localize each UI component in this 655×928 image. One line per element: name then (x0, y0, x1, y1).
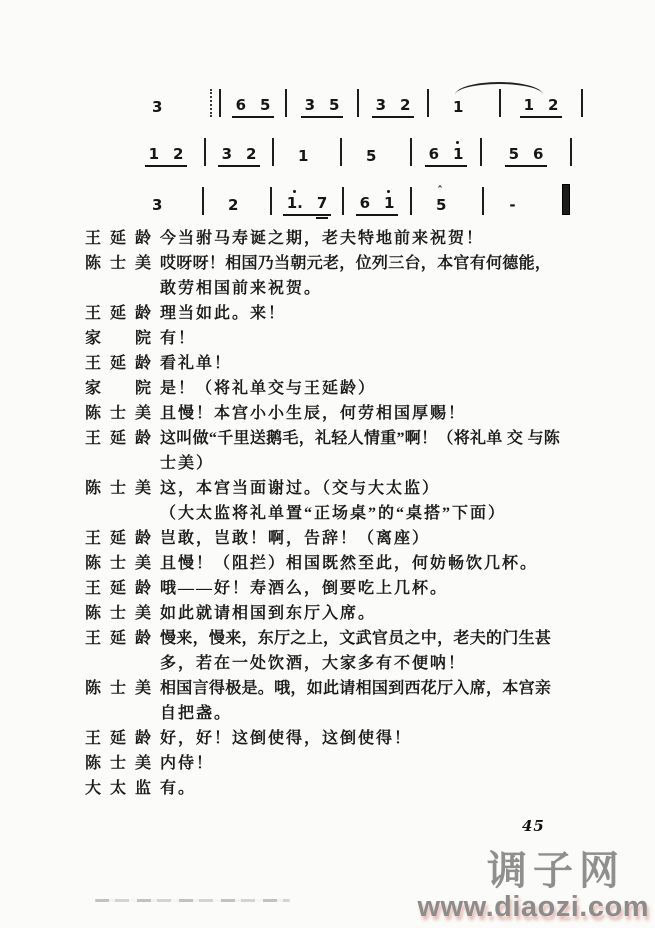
note-digit: 2 (228, 197, 238, 213)
speaker-name: 王延龄 (85, 626, 151, 651)
scanned-script-page: 36535321121232156156321.7615ˆ- 王延龄今当驸马寿诞… (0, 0, 655, 928)
sixteenth-beam (316, 217, 328, 219)
speaker-name: 陈士美 (85, 476, 151, 501)
dialogue-text: 好，好！这倒使得，这倒使得！ (160, 726, 412, 751)
script-row: 王延龄今当驸马寿诞之期，老夫特地前来祝贺！ (85, 226, 577, 251)
dialogue-text: 理当如此。来！ (160, 301, 286, 326)
music-note: 5 (342, 131, 410, 167)
note-digit: 6 (533, 146, 543, 162)
page-number: 45 (522, 817, 545, 835)
script-row: 王延龄这叫做“千里送鹅毛，礼轻人情重”啊！（将礼单 交 与陈 (85, 426, 577, 451)
script-row: 陈士美相国言得极是。哦，如此请相国到西花厅入席，本宫亲 (85, 676, 577, 701)
note-digit: 2 (173, 146, 183, 162)
script-row: 家院是！（将礼单交与王延龄） (85, 376, 577, 401)
dialogue-text: 慢来，慢来，东厅之上，文武官员之中，老夫的门生甚 (160, 626, 551, 651)
music-line: 3653532112 (128, 82, 598, 118)
speaker-name (85, 701, 151, 726)
note-digit: 1 (524, 97, 534, 113)
music-note: 3 (128, 180, 202, 216)
dialogue-text: 自把盏。 (160, 701, 232, 726)
beamed-note-group: 56 (482, 131, 570, 167)
beamed-note-group: 12 (128, 131, 204, 167)
dialogue-text: 岂敢，岂敢！啊，告辞！（离座） (160, 526, 430, 551)
note-digit: 3 (152, 197, 162, 213)
speaker-name: 大太监 (85, 776, 151, 801)
accent-mark: ˆ (437, 186, 443, 196)
beamed-note-group: 1.7 (272, 180, 342, 216)
beamed-note-group: 35 (287, 82, 357, 118)
dialogue-text: 且慢！（阻拦）相国既然至此，何妨畅饮几杯。 (160, 551, 538, 576)
note-digit: 5 (260, 97, 270, 113)
dialogue-text: 今当驸马寿诞之期，老夫特地前来祝贺！ (160, 226, 484, 251)
octave-dot (456, 141, 459, 144)
dialogue-text: 是！（将礼单交与王延龄） (160, 376, 376, 401)
note-digit: 3 (222, 146, 232, 162)
speaker-name (85, 276, 151, 301)
barline (570, 138, 572, 166)
note-digit: 3 (376, 97, 386, 113)
dialogue-text: 相国言得极是。哦，如此请相国到西花厅入席，本宫亲 (160, 676, 551, 701)
dialogue-text: 如此就请相国到东厅入席。 (160, 601, 376, 626)
speaker-name: 王延龄 (85, 526, 151, 551)
music-note: - (484, 180, 562, 216)
music-note: 3 (128, 82, 210, 118)
script-row: 自把盏。 (85, 701, 577, 726)
note-digit: 5 (329, 97, 339, 113)
beamed-note-group: 61 (344, 180, 410, 216)
script-row: 大太监有。 (85, 776, 577, 801)
note-digit: 1. (287, 195, 303, 211)
speaker-name: 王延龄 (85, 726, 151, 751)
script-row: 士美） (85, 451, 577, 476)
note-digit: 6 (236, 97, 246, 113)
note-digit: 3 (152, 99, 162, 115)
script-row: 陈士美如此就请相国到东厅入席。 (85, 601, 577, 626)
dialogue-text: 哎呀呀！相国乃当朝元老，位列三台，本官有何德能， (160, 251, 551, 276)
note-digit: 7 (317, 195, 327, 211)
script-row: 陈士美且慢！本宫小小生辰，何劳相国厚赐！ (85, 401, 577, 426)
script-row: 陈士美哎呀呀！相国乃当朝元老，位列三台，本官有何德能， (85, 251, 577, 276)
dialogue-text: 敢劳相国前来祝贺。 (160, 276, 322, 301)
barline (581, 89, 583, 117)
note-digit: 1 (298, 148, 308, 164)
note-digit: 3 (305, 97, 315, 113)
script-row: 王延龄哦——好！寿酒么，倒要吃上几杯。 (85, 576, 577, 601)
scan-smudge-artifact (95, 899, 290, 902)
note-digit: 1 (384, 195, 394, 211)
speaker-name: 家院 (85, 376, 151, 401)
final-barline (562, 184, 570, 215)
dialogue-text: 有。 (160, 776, 196, 801)
music-note: 1 (274, 131, 340, 167)
dialogue-text: 且慢！本宫小小生辰，何劳相国厚赐！ (160, 401, 466, 426)
dialogue-text: 士美） (160, 451, 214, 476)
beamed-note-group: 61 (412, 131, 480, 167)
script-row: 王延龄理当如此。来！ (85, 301, 577, 326)
script-row: （大太监将礼单置“正场桌”的“桌搭”下面） (85, 501, 577, 526)
dialogue-text: 这叫做“千里送鹅毛，礼轻人情重”啊！（将礼单 交 与陈 (160, 426, 560, 451)
watermark-site-url: www.diaozi.com (417, 893, 649, 922)
note-digit: 1 (453, 99, 463, 115)
speaker-name (85, 651, 151, 676)
speaker-name: 王延龄 (85, 351, 151, 376)
script-row: 王延龄好，好！这倒使得，这倒使得！ (85, 726, 577, 751)
note-digit: 5 (509, 146, 519, 162)
music-line: 1232156156 (128, 131, 598, 167)
note-digit: 2 (246, 146, 256, 162)
octave-dot (387, 190, 390, 193)
speaker-name: 陈士美 (85, 551, 151, 576)
note-digit: 5ˆ (436, 197, 446, 213)
dialogue-text: 有！ (160, 326, 196, 351)
script-row: 陈士美这，本宫当面谢过。（交与大太监） (85, 476, 577, 501)
speaker-name: 陈士美 (85, 601, 151, 626)
note-digit: 6 (429, 146, 439, 162)
note-digit: 2 (548, 97, 558, 113)
beamed-note-group: 12 (501, 82, 581, 118)
dialogue-text: 哦——好！寿酒么，倒要吃上几杯。 (160, 576, 448, 601)
octave-dot (293, 190, 296, 193)
script-row: 多，若在一处饮酒，大家多有不便呐！ (85, 651, 577, 676)
speaker-name: 陈士美 (85, 751, 151, 776)
speaker-name: 王延龄 (85, 426, 151, 451)
dialogue-text: 多，若在一处饮酒，大家多有不便呐！ (160, 651, 466, 676)
note-digit: 1 (453, 146, 463, 162)
dialogue-text: （大太监将礼单置“正场桌”的“桌搭”下面） (160, 501, 506, 526)
music-note: 5ˆ (412, 180, 482, 216)
speaker-name: 王延龄 (85, 226, 151, 251)
script-row: 陈士美且慢！（阻拦）相国既然至此，何妨畅饮几杯。 (85, 551, 577, 576)
music-line: 321.7615ˆ- (128, 180, 598, 216)
dialogue-text: 看礼单！ (160, 351, 232, 376)
speaker-name: 陈士美 (85, 251, 151, 276)
script-row: 王延龄看礼单！ (85, 351, 577, 376)
speaker-name (85, 451, 151, 476)
speaker-name: 王延龄 (85, 301, 151, 326)
music-notation: 36535321121232156156321.7615ˆ- (128, 82, 598, 229)
dialogue-text: 这，本宫当面谢过。（交与大太监） (160, 476, 440, 501)
speaker-name: 陈士美 (85, 676, 151, 701)
note-digit: 5 (366, 148, 376, 164)
note-digit: 1 (149, 146, 159, 162)
script-row: 家院有！ (85, 326, 577, 351)
speaker-name: 王延龄 (85, 576, 151, 601)
speaker-name: 陈士美 (85, 401, 151, 426)
watermark-site-name: 调子网 (417, 851, 625, 891)
script-row: 敢劳相国前来祝贺。 (85, 276, 577, 301)
speaker-name: 家院 (85, 326, 151, 351)
repeat-barline (210, 89, 221, 117)
script-row: 王延龄岂敢，岂敢！啊，告辞！（离座） (85, 526, 577, 551)
dialogue-script: 王延龄今当驸马寿诞之期，老夫特地前来祝贺！陈士美哎呀呀！相国乃当朝元老，位列三台… (85, 226, 577, 801)
watermark: 调子网 www.diaozi.com (417, 851, 649, 922)
speaker-name (85, 501, 151, 526)
music-note: 2 (204, 180, 270, 216)
music-note: 1 (429, 82, 499, 118)
beamed-note-group: 32 (206, 131, 272, 167)
note-digit: - (508, 197, 517, 213)
script-row: 陈士美内侍！ (85, 751, 577, 776)
beamed-note-group: 32 (359, 82, 427, 118)
script-row: 王延龄慢来，慢来，东厅之上，文武官员之中，老夫的门生甚 (85, 626, 577, 651)
beamed-note-group: 65 (221, 82, 285, 118)
note-digit: 6 (360, 195, 370, 211)
note-digit: 2 (400, 97, 410, 113)
dialogue-text: 内侍！ (160, 751, 214, 776)
